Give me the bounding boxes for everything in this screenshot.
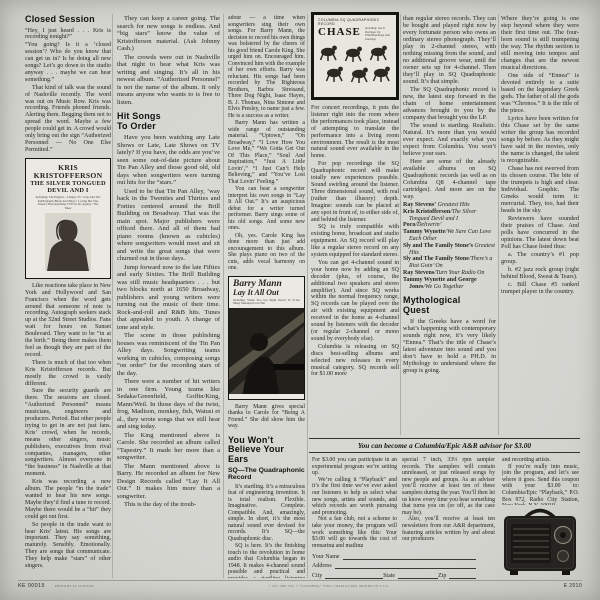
- photo-credit-fine-print: PHOTO BY AL CLAYTON: [55, 584, 94, 588]
- record-inner-sleeve: Closed Session “Hey, I just heard . . . …: [0, 0, 600, 600]
- paragraph: b. #2 jazz rock group (right behind Bloo…: [501, 266, 579, 280]
- paragraph: For $3.00 you can participate in an expe…: [312, 457, 397, 477]
- legal-fine-print: © 1971 CBS, INC. ® “COLUMBIA,” “EPIC,” M…: [104, 584, 554, 588]
- column-3: adour — a time when songwriters sing the…: [228, 15, 305, 578]
- believe-your-ears-heading: You Won’t Believe Your Ears: [228, 436, 305, 465]
- paragraph: SQ is here. It’s the finishing touch to …: [228, 543, 305, 578]
- kristofferson-portrait-photo: [45, 213, 91, 271]
- paragraph: Jump forward now to the late Fifties and…: [117, 264, 220, 332]
- column-2: They can keep a career going. The search…: [117, 15, 220, 578]
- barry-mann-photo: [229, 308, 304, 394]
- paragraph: “Hey, I just heard . . . Kris is recordi…: [25, 28, 111, 42]
- sq-album-list-item: Ray Stevens’ Greatest Hits: [403, 202, 496, 209]
- form-row-city-state-zip: City State Zip: [312, 569, 476, 579]
- bottom-rule: [18, 580, 582, 581]
- address-field[interactable]: [335, 562, 476, 569]
- paragraph: If you’re really into music, join the pr…: [502, 464, 579, 505]
- coupon-column-b: special 7 inch, 33⅓ rpm sampler records.…: [402, 457, 495, 547]
- paragraph: Also, you’ll receive at least ten newsle…: [402, 516, 495, 542]
- paragraph: special 7 inch, 33⅓ rpm sampler records.…: [402, 457, 495, 516]
- paragraph: Barry Mann has written a wide range of o…: [228, 120, 305, 185]
- paragraph: You can hear a songwriter interpret his …: [228, 186, 305, 232]
- state-field-label: State: [383, 573, 398, 579]
- name-field-label: Your Name: [312, 554, 343, 560]
- paragraph: Like reactions take place in New York an…: [25, 283, 111, 359]
- paragraph: Oh, yes. Carole King has done more than …: [228, 233, 305, 272]
- paragraph: adour — a time when songwriters sing the…: [228, 15, 305, 119]
- paragraph: Kris was recording a new album. The peop…: [25, 479, 111, 520]
- paragraph: SQ is truly compatible with existing hom…: [311, 224, 399, 259]
- paragraph: We’re calling it “Playback” and it’s the…: [312, 477, 397, 517]
- chase-album-title: CHASE: [318, 27, 361, 38]
- paragraph: The King mentioned above is Carole. She …: [117, 432, 220, 462]
- paragraph: The Mann mentioned above is Barry. He re…: [117, 463, 220, 501]
- state-field[interactable]: [398, 572, 438, 579]
- paragraph: For pop recordings the SQ Quadraphonic r…: [311, 161, 399, 223]
- paragraph: That kind of talk was the sound of Nashv…: [25, 85, 111, 154]
- column-rule: [223, 14, 224, 578]
- sq-album-list-item: Sly and The Family Stone/There’s a Riot …: [403, 256, 496, 270]
- paragraph: c. Bill Chase #5 ranked trumpet player i…: [501, 281, 579, 295]
- barry-mann-album-cover: Barry Mann Lay It All Out including: Whe…: [228, 276, 305, 400]
- kristofferson-track-list: including: The Pilgrim—Chapter 33 • Jody…: [29, 196, 107, 211]
- paragraph: “You going? Is it a ‘closed session’? Wh…: [25, 42, 111, 83]
- column-5: than regular stereo records. They can be…: [403, 15, 496, 436]
- paragraph: If the Greeks have a word for what’s hap…: [403, 318, 496, 374]
- barry-mann-track-list: including: When You Get Right Down To It…: [233, 299, 300, 306]
- form-row-name: Your Name: [312, 550, 476, 560]
- paragraph: a. The country’s #1 pop group.: [501, 251, 579, 265]
- paragraph: You can get 4-channel sound in your home…: [311, 260, 399, 343]
- paragraph: Not a fan club, not a scheme to take you…: [312, 516, 397, 547]
- kristofferson-album-title: THE SILVER TONGUED DEVIL AND I: [29, 180, 107, 194]
- paragraph: Used to be that Tin Pan Alley, ’way back…: [117, 188, 220, 263]
- form-row-address: Address: [312, 560, 476, 570]
- column-rule: [498, 14, 499, 435]
- sq-record-subheading: SQ—The Quadraphonic Record: [228, 467, 305, 482]
- kristofferson-album-cover: KRIS KRISTOFFERSON THE SILVER TONGUED DE…: [25, 158, 111, 279]
- zip-field[interactable]: [449, 572, 476, 579]
- zip-field-label: Zip: [438, 573, 449, 579]
- paragraph: They can keep a career going. The search…: [117, 15, 220, 53]
- paragraph: One side of “Ennea” is devoted entirely …: [501, 72, 579, 114]
- name-field[interactable]: [343, 553, 476, 560]
- paragraph: Sure the security guards are there. The …: [25, 388, 111, 478]
- address-field-label: Address: [312, 563, 335, 569]
- closed-session-heading: Closed Session: [25, 15, 111, 25]
- sq-album-list-item: Tammy Wynette and George Jones/We Go Tog…: [403, 277, 496, 291]
- city-field[interactable]: [325, 572, 383, 579]
- paragraph: Have you been watching any Late Shows or…: [117, 134, 220, 187]
- coupon-form: Your Name Address City State Zip: [312, 550, 476, 579]
- paragraph: than regular stereo records. They can be…: [403, 15, 496, 85]
- coupon-column-c: and recording artists. If you’re really …: [502, 457, 579, 505]
- column-rule: [400, 14, 401, 435]
- sleeve-code: E 2010: [564, 583, 582, 589]
- paragraph: The scene in those publishing houses was…: [117, 332, 220, 377]
- column-4: COLUMBIA SQ QUADRAPHONIC RECORD CHASE in…: [311, 12, 399, 436]
- paragraph: There is much of that too when Kris Kris…: [25, 360, 111, 388]
- paragraph: Barry Mann gives special thanks to Carol…: [228, 404, 305, 430]
- column-1: Closed Session “Hey, I just heard . . . …: [25, 15, 111, 578]
- barry-mann-album-title: Lay It All Out: [233, 289, 300, 298]
- hit-songs-heading: Hit Songs To Order: [117, 112, 220, 131]
- paragraph: Where they’re going is one step beyond w…: [501, 15, 579, 71]
- paragraph: and recording artists.: [502, 457, 579, 464]
- paragraph: This is the day of the troub-: [117, 501, 220, 509]
- paragraph: Reviewers have sounded their praises of …: [501, 215, 579, 250]
- column-6: Where they’re going is one step beyond w…: [501, 15, 579, 436]
- paragraph: Here are some of the already available a…: [403, 158, 496, 200]
- paragraph: It’s startling. It’s a miraculous feat o…: [228, 484, 305, 543]
- sq-album-list-item: Ray Stevens/Turn Your Radio On: [403, 270, 496, 277]
- paragraph: The SQ Quadraphonic record is new, the l…: [403, 86, 496, 121]
- sq-album-list-item: Kris Kristofferson/The Silver Tongued De…: [403, 209, 496, 223]
- kristofferson-artist-name: KRIS KRISTOFFERSON: [29, 164, 107, 180]
- chase-running-figures-art: [318, 43, 392, 85]
- column-rule: [307, 14, 308, 578]
- ar-advisor-banner: You can become a Columbia/Epic A&R advis…: [309, 438, 580, 453]
- bottom-strip: KE 00015 PHOTO BY AL CLAYTON © 1971 CBS,…: [18, 583, 582, 589]
- sq-album-list-item: Sly and The Family Stone’s Greatest Hits: [403, 243, 496, 257]
- paragraph: For concert recordings, it puts the list…: [311, 105, 399, 160]
- paragraph: There were a number of hit writers in on…: [117, 378, 220, 431]
- catalog-number: KE 00015: [18, 583, 45, 589]
- portable-radio-illustration: [500, 505, 580, 577]
- paragraph: So people in the trade want to hear Kris…: [25, 522, 111, 570]
- paragraph: The sound is startling. Realistic. Natur…: [403, 122, 496, 157]
- chase-track-list: including: Get It On/Open Up Wide/Handba…: [365, 27, 392, 41]
- coupon-column-a: For $3.00 you can participate in an expe…: [312, 457, 397, 547]
- paragraph: Columbia is releasing on SQ discs best-s…: [311, 344, 399, 379]
- sq-album-list-item: Poco/Deliverin’: [403, 222, 496, 229]
- column-rule: [112, 14, 113, 578]
- sq-album-list-item: Tammy Wynette/We Sure Can Love Each Othe…: [403, 229, 496, 243]
- mythological-quest-heading: Mythological Quest: [403, 296, 496, 315]
- paragraph: Lyrics have been written for this Chase …: [501, 115, 579, 164]
- city-field-label: City: [312, 573, 325, 579]
- chase-album-cover: COLUMBIA SQ QUADRAPHONIC RECORD CHASE in…: [311, 12, 399, 100]
- paragraph: Chase has not swerved from its chosen co…: [501, 165, 579, 214]
- paragraph: The crowds were out in Nashville that ni…: [117, 54, 220, 107]
- sq-album-list: Ray Stevens’ Greatest Hits Kris Kristoff…: [403, 202, 496, 290]
